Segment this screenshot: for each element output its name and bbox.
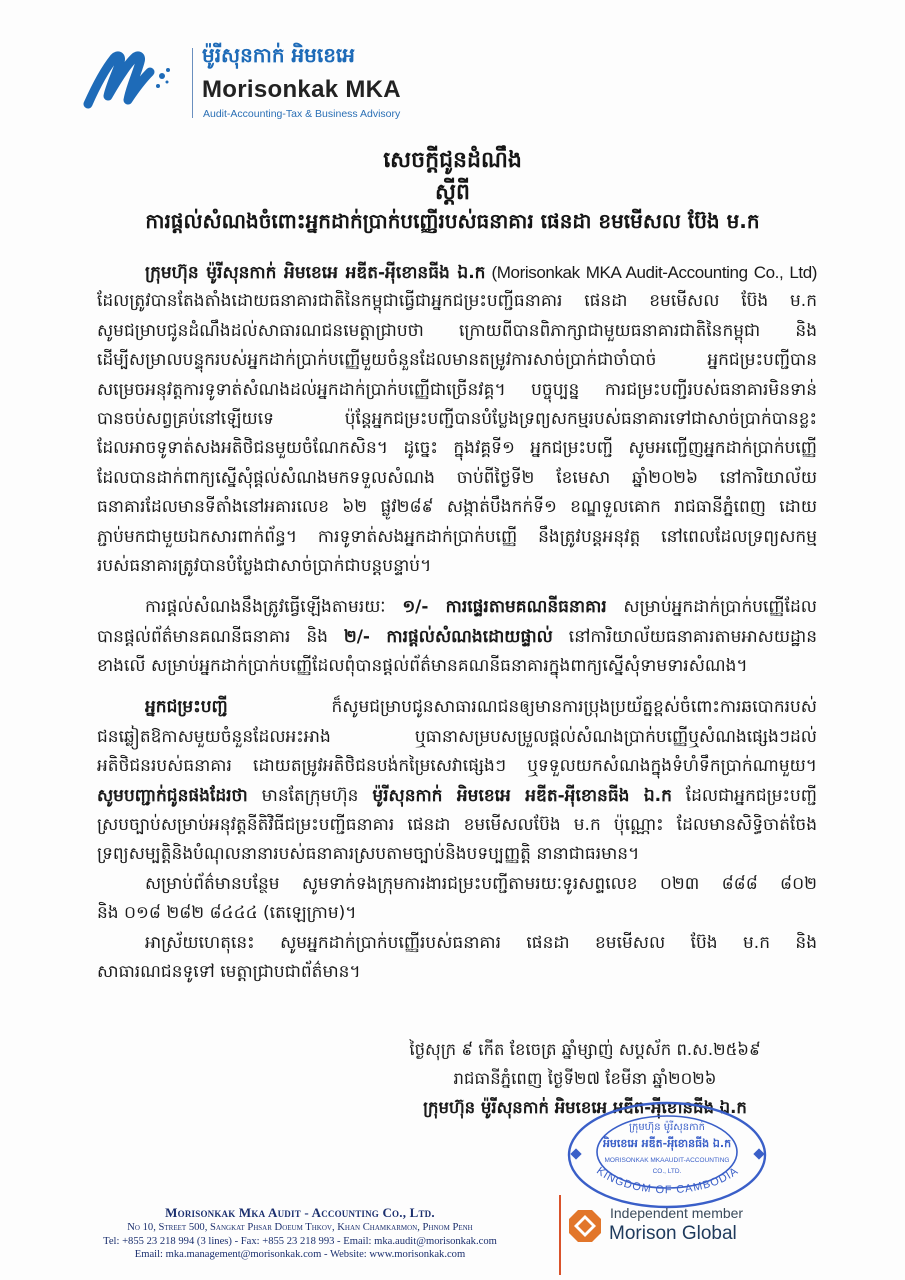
morison-global-name: Morison Global <box>609 1223 737 1245</box>
paragraph-5: អាស្រ័យហេតុនេះ សូមអ្នកដាក់ប្រាក់បញ្ញើរបស… <box>97 929 817 988</box>
option-direct-payment: ២/- ការផ្តល់សំណងដោយផ្ទាល់ <box>344 627 553 647</box>
footer-company-name: Morisonkak Mka Audit - Accounting Co., L… <box>70 1205 530 1221</box>
svg-text:អិមខេអេ អឌីត-អ៉ីខោនធីង ឯ.ក: អិមខេអេ អឌីត-អ៉ីខោនធីង ឯ.ក <box>602 1136 731 1151</box>
text: ការផ្តល់សំណងនឹងត្រូវធ្វើឡើងតាមរយៈ <box>145 597 402 617</box>
document-page: ម៉ូរីសុនកាក់ អិមខេអេ Morisonkak MKA Audi… <box>0 0 905 1280</box>
logo-company-name: Morisonkak MKA <box>202 76 401 104</box>
option-bank-transfer: ១/- ការផ្ទេរតាមគណនីធនាគារ <box>402 597 606 617</box>
text: សម្រាប់អ្នកដាក់ប្រាក់បញ្ញើដែល <box>607 597 817 617</box>
body-line: ធនាគារដែលមានទីតាំងនៅអគារលេខ ៦២ ផ្លូវ២៨៩ … <box>97 493 817 522</box>
issue-date: រាជធានីភ្នំពេញ ថ្ងៃទី២៧ ខែមីនា ឆ្នាំ២០២៦ <box>380 1064 790 1093</box>
company-stamp: ក្រុមហ៊ុន ម៉ូរីសុនកាក់ អិមខេអេ អឌីត-អ៉ីខ… <box>565 1100 770 1210</box>
body-line: ទ្រព្យសម្បត្តិនិងបំណុលនានារបស់ធនាគារស្រប… <box>97 840 817 869</box>
footer-contact: Morisonkak Mka Audit - Accounting Co., L… <box>70 1205 530 1262</box>
lunar-date: ថ្ងៃសុក្រ ៩ កើត ខែចេត្រ ឆ្នាំម្សាញ់ សប្ត… <box>380 1035 790 1064</box>
body-line: ជនឆ្លៀតឱកាសមួយចំនួនដែលអះអាង ឬធានាសម្របសម… <box>97 723 817 752</box>
text: ដែលជាអ្នកជម្រះបញ្ជី <box>672 786 817 806</box>
text: មានតែក្រុមហ៊ុន <box>248 786 373 806</box>
body-line: ខាងលើ សម្រាប់អ្នកដាក់ប្រាក់បញ្ញើដែលពុំបា… <box>97 652 817 681</box>
svg-text:CO., LTD.: CO., LTD. <box>653 1168 682 1175</box>
body-line: ដែលអាចទូទាត់សងអតិថិជនមួយចំណែកសិន។ ដូច្នេ… <box>97 434 817 463</box>
body-line: បានចប់សព្វគ្រប់នៅឡើយទេ ប៉ុន្តែអ្នកជម្រះប… <box>97 405 817 434</box>
body-line: អតិថិជនរបស់ធនាគារ ដោយតម្រូវអតិថិជនបង់កម្… <box>97 752 817 781</box>
notice-subject: ការផ្តល់សំណងចំពោះអ្នកដាក់ប្រាក់បញ្ញើរបស់… <box>0 208 905 238</box>
company-name-bold: ក្រុមហ៊ុន ម៉ូរីសុនកាក់ អិមខេអេ អឌីត-អ៉ីខ… <box>145 263 485 283</box>
paragraph-4: សម្រាប់ព័ត៌មានបន្ថែម សូមទាក់ទងក្រុមការងា… <box>97 870 817 929</box>
body-line: បានផ្តល់ព័ត៌មានគណនីធនាគារ និង ២/- ការផ្ត… <box>97 623 817 652</box>
body-line: ដើម្បីសម្រាលបន្ទុករបស់អ្នកដាក់ប្រាក់បញ្ញ… <box>97 346 817 375</box>
body-line: អាស្រ័យហេតុនេះ សូមអ្នកដាក់ប្រាក់បញ្ញើរបស… <box>97 929 817 958</box>
independent-member-label: Independent member <box>610 1205 743 1221</box>
svg-text:MORISONKAK MKAAUDIT-ACCOUNTING: MORISONKAK MKAAUDIT-ACCOUNTING <box>605 1157 730 1164</box>
morison-global-badge: Independent member Morison Global <box>568 1203 768 1253</box>
body-line: សាធារណជនទូទៅ មេត្តាជ្រាបជាព័ត៌មាន។ <box>97 958 817 987</box>
notice-body: ក្រុមហ៊ុន ម៉ូរីសុនកាក់ អិមខេអេ អឌីត-អ៉ីខ… <box>97 258 817 987</box>
notice-subtitle: ស្តីពី <box>0 178 905 210</box>
body-line: ដែលបានដាក់ពាក្យស្នើសុំផ្តល់សំណងមកទទួលសំណ… <box>97 464 817 493</box>
body-line: ស្របច្បាប់សម្រាប់អនុវត្តនីតិវិធីជម្រះបញ្… <box>97 811 817 840</box>
footer-email-website: Email: mka.management@morisonkak.com - W… <box>70 1248 530 1262</box>
morison-global-logo-icon <box>568 1209 602 1243</box>
logo-m-icon <box>82 46 177 118</box>
footer-divider <box>559 1195 561 1275</box>
body-line: អ្នកជម្រះបញ្ជី ក៏សូមជម្រាបជូនសាធារណជនឲ្យ… <box>97 693 817 722</box>
paragraph-1: ក្រុមហ៊ុន ម៉ូរីសុនកាក់ អិមខេអេ អឌីត-អ៉ីខ… <box>97 258 817 581</box>
liquidator-bold: អ្នកជម្រះបញ្ជី <box>145 697 228 717</box>
body-line: សម្រាប់ព័ត៌មានបន្ថែម សូមទាក់ទងក្រុមការងា… <box>97 870 817 899</box>
body-line: សម្រេចអនុវត្តការទូទាត់សំណងដល់អ្នកដាក់ប្រ… <box>97 376 817 405</box>
body-line: ការផ្តល់សំណងនឹងត្រូវធ្វើឡើងតាមរយៈ ១/- កា… <box>97 593 817 622</box>
text: បានផ្តល់ព័ត៌មានគណនីធនាគារ និង <box>97 627 344 647</box>
logo-khmer-name: ម៉ូរីសុនកាក់ អិមខេអេ <box>202 42 355 72</box>
text: នៅការិយាល័យធនាគារតាមអាសយដ្ឋាន <box>553 627 817 647</box>
paragraph-2: ការផ្តល់សំណងនឹងត្រូវធ្វើឡើងតាមរយៈ ១/- កា… <box>97 593 817 681</box>
svg-text:ក្រុមហ៊ុន ម៉ូរីសុនកាក់: ក្រុមហ៊ុន ម៉ូរីសុនកាក់ <box>629 1120 705 1134</box>
body-line: សូមជម្រាបជូនដំណឹងដល់សាធារណជនមេត្តាជ្រាបថ… <box>97 317 817 346</box>
footer-phone-fax-email: Tel: +855 23 218 994 (3 lines) - Fax: +8… <box>70 1235 530 1249</box>
company-name-latin: (Morisonkak MKA Audit-Accounting Co., Lt… <box>485 263 817 282</box>
body-line: និង ០១៨ ២៨២ ៨៤៤៤ (តេឡេក្រាម)។ <box>97 899 817 928</box>
company-logo: ម៉ូរីសុនកាក់ អិមខេអេ Morisonkak MKA Audi… <box>82 38 422 128</box>
notice-title: សេចក្តីជូនដំណឹង <box>0 146 905 178</box>
body-line: ភ្ជាប់មកជាមួយឯកសារពាក់ព័ន្ធ។ ការទូទាត់សង… <box>97 523 817 552</box>
body-line: របស់ធនាគារត្រូវបានបំប្លែងជាសាច់ប្រាក់ជាប… <box>97 552 817 581</box>
body-line: សូមបញ្ជាក់ជូនផងដែរថា មានតែក្រុមហ៊ុន ម៉ូរ… <box>97 782 817 811</box>
body-line: ដែលត្រូវបានតែងតាំងដោយធនាគារជាតិនៃកម្ពុជា… <box>97 287 817 316</box>
text: ក៏សូមជម្រាបជូនសាធារណជនឲ្យមានការប្រុងប្រយ… <box>228 697 817 717</box>
body-line: ក្រុមហ៊ុន ម៉ូរីសុនកាក់ អិមខេអេ អឌីត-អ៉ីខ… <box>97 258 817 287</box>
logo-divider <box>192 48 193 118</box>
confirm-bold: សូមបញ្ជាក់ជូនផងដែរថា <box>97 786 248 806</box>
footer-address: No 10, Street 500, Sangkat Phsar Doeum T… <box>70 1221 530 1235</box>
paragraph-3: អ្នកជម្រះបញ្ជី ក៏សូមជម្រាបជូនសាធារណជនឲ្យ… <box>97 693 817 869</box>
logo-tagline: Audit-Accounting-Tax & Business Advisory <box>203 108 400 120</box>
company-name-bold: ម៉ូរីសុនកាក់ អិមខេអេ អឌីត-អ៉ីខោនធីង ឯ.ក <box>372 786 672 806</box>
